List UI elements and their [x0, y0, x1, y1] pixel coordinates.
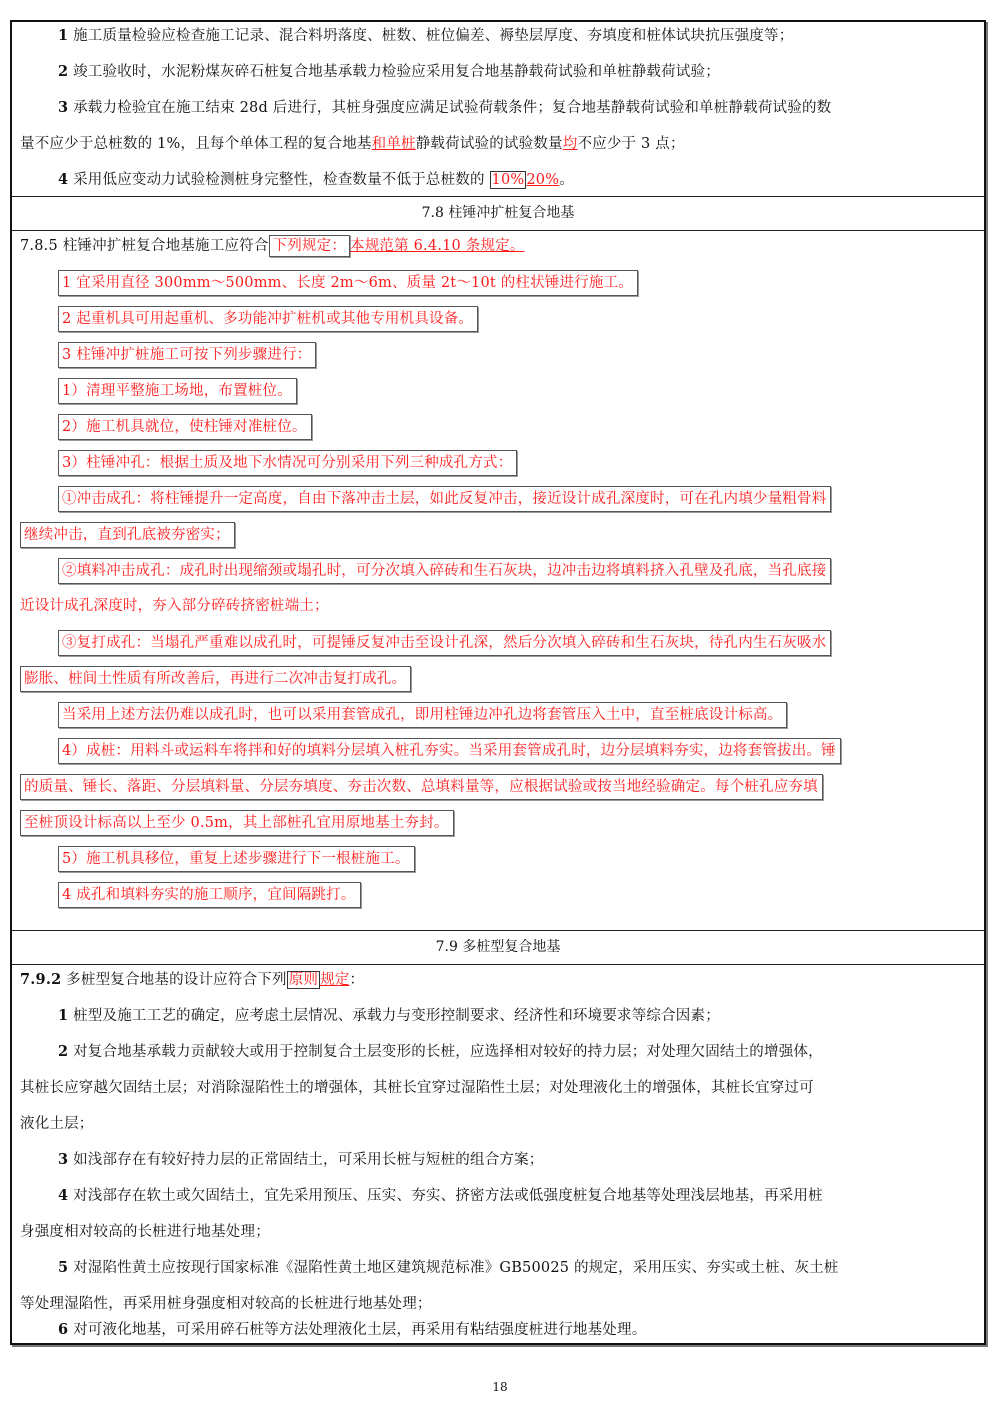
- item-number: 2: [58, 1043, 68, 1060]
- deleted-box: 1 宜采用直径 300mm～500mm、长度 2m～6m、质量 2t～10t 的…: [58, 270, 638, 296]
- item-2-cont: 其桩长应穿越欠固结土层；对消除湿陷性土的增强体，其桩长宜穿过湿陷性土层；对处理液…: [20, 1076, 814, 1100]
- item-5: 5 对湿陷性黄土应按现行国家标准《湿陷性黄土地区建筑规范标准》GB50025 的…: [58, 1256, 839, 1280]
- item-text: 采用低应变动力试验检测桩身完整性，检查数量不低于总桩数的: [73, 172, 489, 188]
- deleted-line: 膨胀、桩间土性质有所改善后，再进行二次冲击复打成孔。: [20, 666, 411, 692]
- item-text: 对浅部存在软土或欠固结土，宜先采用预压、压实、夯实、挤密方法或低强度桩复合地基等…: [73, 1188, 823, 1204]
- deleted-box: ①冲击成孔：将柱锤提升一定高度，自由下落冲击土层，如此反复冲击，接近设计成孔深度…: [58, 486, 831, 512]
- deleted-line: 继续冲击，直到孔底被夯密实；: [20, 522, 235, 548]
- clause-7-8-5: 7.8.5 柱锤冲扩桩复合地基施工应符合下列规定：本规范第 6.4.10 条规定…: [20, 234, 525, 258]
- deleted-text: 原则: [287, 971, 320, 989]
- item-1: 1 施工质量检验应检查施工记录、混合料坍落度、桩数、桩位偏差、褥垫层厚度、夯填度…: [58, 24, 793, 48]
- item-text: 对湿陷性黄土应按现行国家标准《湿陷性黄土地区建筑规范标准》GB50025 的规定…: [73, 1260, 838, 1276]
- inserted-text: 均: [563, 136, 578, 152]
- item-number: 1: [58, 1007, 68, 1024]
- deleted-box: ③复打成孔：当塌孔严重难以成孔时，可提锤反复冲击至设计孔深，然后分次填入碎砖和生…: [58, 630, 831, 656]
- clause-number: 7.8.5: [20, 238, 58, 254]
- deleted-box: 2）施工机具就位，使柱锤对准桩位。: [58, 414, 312, 440]
- deleted-line: 4）成桩：用料斗或运料车将拌和好的填料分层填入桩孔夯实。当采用套管成孔时，边分层…: [58, 738, 841, 764]
- deleted-box: 膨胀、桩间土性质有所改善后，再进行二次冲击复打成孔。: [20, 666, 411, 692]
- item-text: 桩型及施工工艺的确定，应考虑土层情况、承载力与变形控制要求、经济性和环境要求等综…: [73, 1008, 720, 1024]
- item-text: 对可液化地基，可采用碎石桩等方法处理液化土层，再采用有粘结强度桩进行地基处理。: [73, 1322, 646, 1338]
- item-number: 5: [58, 1259, 68, 1276]
- clause-text: 多桩型复合地基的设计应符合下列: [61, 972, 286, 988]
- deleted-box: 4 成孔和填料夯实的施工顺序，宜间隔跳打。: [58, 882, 361, 908]
- clause-text: 柱锤冲扩桩复合地基施工应符合: [58, 238, 269, 254]
- item-number: 6: [58, 1321, 68, 1338]
- item-2: 2 对复合地基承载力贡献较大或用于控制复合土层变形的长桩，应选择相对较好的持力层…: [58, 1040, 823, 1064]
- item-text: 静载荷试验的试验数量: [416, 136, 563, 152]
- section-heading-7-8: 7.8 柱锤冲扩桩复合地基: [12, 196, 984, 230]
- section-heading-7-9: 7.9 多桩型复合地基: [12, 930, 984, 964]
- deleted-line: 当采用上述方法仍难以成孔时，也可以采用套管成孔，即用柱锤边冲孔边将套管压入土中，…: [58, 702, 787, 728]
- item-number: 1: [58, 27, 68, 44]
- item-number: 3: [58, 99, 68, 116]
- deleted-box: 4）成桩：用料斗或运料车将拌和好的填料分层填入桩孔夯实。当采用套管成孔时，边分层…: [58, 738, 841, 764]
- deleted-box: 5）施工机具移位，重复上述步骤进行下一根桩施工。: [58, 846, 415, 872]
- deleted-text: 下列规定：: [269, 235, 351, 257]
- item-number: 4: [58, 171, 68, 188]
- deleted-box: 当采用上述方法仍难以成孔时，也可以采用套管成孔，即用柱锤边冲孔边将套管压入土中，…: [58, 702, 787, 728]
- item-text: 竣工验收时，水泥粉煤灰碎石桩复合地基承载力检验应采用复合地基静载荷试验和单桩静载…: [73, 64, 720, 80]
- inserted-text: 20%: [526, 172, 559, 188]
- item-text: 施工质量检验应检查施工记录、混合料坍落度、桩数、桩位偏差、褥垫层厚度、夯填度和桩…: [73, 28, 793, 44]
- item-3: 3 如浅部存在有较好持力层的正常固结土，可采用长桩与短桩的组合方案；: [58, 1148, 544, 1172]
- item-text: 。: [559, 172, 574, 188]
- deleted-line: ①冲击成孔：将柱锤提升一定高度，自由下落冲击土层，如此反复冲击，接近设计成孔深度…: [58, 486, 831, 512]
- item-3-line-1: 3 承载力检验宜在施工结束 28d 后进行，其桩身强度应满足试验荷载条件；复合地…: [58, 96, 831, 120]
- deleted-line: 1）清理平整施工场地，布置桩位。: [58, 378, 297, 404]
- inserted-text: 本规范第 6.4.10 条规定。: [350, 238, 525, 254]
- item-2-cont: 液化土层；: [20, 1112, 94, 1136]
- page-number: 18: [0, 1380, 1000, 1394]
- item-number: 3: [58, 1151, 68, 1168]
- deleted-line: 3 柱锤冲扩桩施工可按下列步骤进行：: [58, 342, 316, 368]
- deleted-box: 3）柱锤冲孔：根据土质及地下水情况可分别采用下列三种成孔方式：: [58, 450, 517, 476]
- clause-7-9-2: 7.9.2 多桩型复合地基的设计应符合下列原则规定：: [20, 968, 364, 992]
- deleted-text: 10%: [490, 171, 527, 189]
- deleted-line: 的质量、锤长、落距、分层填料量、分层夯填度、夯击次数、总填料量等，应根据试验或按…: [20, 774, 823, 800]
- item-text: 对复合地基承载力贡献较大或用于控制复合土层变形的长桩，应选择相对较好的持力层；对…: [73, 1044, 823, 1060]
- deleted-box: 的质量、锤长、落距、分层填料量、分层夯填度、夯击次数、总填料量等，应根据试验或按…: [20, 774, 823, 800]
- deleted-box: 继续冲击，直到孔底被夯密实；: [20, 522, 235, 548]
- document-table: 1 施工质量检验应检查施工记录、混合料坍落度、桩数、桩位偏差、褥垫层厚度、夯填度…: [10, 20, 986, 1345]
- deleted-text: 近设计成孔深度时，夯入部分碎砖挤密桩端土；: [20, 598, 329, 614]
- deleted-box: 3 柱锤冲扩桩施工可按下列步骤进行：: [58, 342, 316, 368]
- item-text: 承载力检验宜在施工结束 28d 后进行，其桩身强度应满足试验荷载条件；复合地基静…: [73, 100, 831, 116]
- deleted-line: 近设计成孔深度时，夯入部分碎砖挤密桩端土；: [20, 594, 329, 618]
- inserted-text: 规定: [320, 972, 349, 988]
- item-1: 1 桩型及施工工艺的确定，应考虑土层情况、承载力与变形控制要求、经济性和环境要求…: [58, 1004, 720, 1028]
- deleted-line: 3）柱锤冲孔：根据土质及地下水情况可分别采用下列三种成孔方式：: [58, 450, 517, 476]
- row-divider: [12, 964, 984, 965]
- item-4: 4 对浅部存在软土或欠固结土，宜先采用预压、压实、夯实、挤密方法或低强度桩复合地…: [58, 1184, 823, 1208]
- deleted-line: 至桩顶设计标高以上至少 0.5m，其上部桩孔宜用原地基土夯封。: [20, 810, 454, 836]
- inserted-text: 和单桩: [372, 136, 416, 152]
- item-6: 6 对可液化地基，可采用碎石桩等方法处理液化土层，再采用有粘结强度桩进行地基处理…: [58, 1318, 646, 1342]
- item-5-cont: 等处理湿陷性，再采用桩身强度相对较高的长桩进行地基处理；: [20, 1292, 432, 1316]
- deleted-line: 5）施工机具移位，重复上述步骤进行下一根桩施工。: [58, 846, 415, 872]
- deleted-line: ③复打成孔：当塌孔严重难以成孔时，可提锤反复冲击至设计孔深，然后分次填入碎砖和生…: [58, 630, 831, 656]
- item-text: 量不应少于总桩数的 1%，且每个单体工程的复合地基: [20, 136, 372, 152]
- item-2: 2 竣工验收时，水泥粉煤灰碎石桩复合地基承载力检验应采用复合地基静载荷试验和单桩…: [58, 60, 720, 84]
- deleted-line: ②填料冲击成孔：成孔时出现缩颈或塌孔时，可分次填入碎砖和生石灰块，边冲击边将填料…: [58, 558, 831, 584]
- item-4-cont: 身强度相对较高的长桩进行地基处理；: [20, 1220, 270, 1244]
- item-3-line-2: 量不应少于总桩数的 1%，且每个单体工程的复合地基和单桩静载荷试验的试验数量均不…: [20, 132, 685, 156]
- item-text: 如浅部存在有较好持力层的正常固结土，可采用长桩与短桩的组合方案；: [73, 1152, 543, 1168]
- deleted-line: 2 起重机具可用起重机、多功能冲扩桩机或其他专用机具设备。: [58, 306, 478, 332]
- deleted-line: 1 宜采用直径 300mm～500mm、长度 2m～6m、质量 2t～10t 的…: [58, 270, 638, 296]
- deleted-line: 2）施工机具就位，使柱锤对准桩位。: [58, 414, 312, 440]
- item-number: 2: [58, 63, 68, 80]
- deleted-box: 2 起重机具可用起重机、多功能冲扩桩机或其他专用机具设备。: [58, 306, 478, 332]
- deleted-box: 1）清理平整施工场地，布置桩位。: [58, 378, 297, 404]
- deleted-line: 4 成孔和填料夯实的施工顺序，宜间隔跳打。: [58, 882, 361, 908]
- clause-number: 7.9.2: [20, 971, 61, 988]
- row-divider: [12, 230, 984, 231]
- item-text: 不应少于 3 点；: [577, 136, 684, 152]
- deleted-box: ②填料冲击成孔：成孔时出现缩颈或塌孔时，可分次填入碎砖和生石灰块，边冲击边将填料…: [58, 558, 831, 584]
- clause-text: ：: [350, 972, 365, 988]
- deleted-box: 至桩顶设计标高以上至少 0.5m，其上部桩孔宜用原地基土夯封。: [20, 810, 454, 836]
- item-4: 4 采用低应变动力试验检测桩身完整性，检查数量不低于总桩数的 10%20%。: [58, 168, 574, 192]
- item-number: 4: [58, 1187, 68, 1204]
